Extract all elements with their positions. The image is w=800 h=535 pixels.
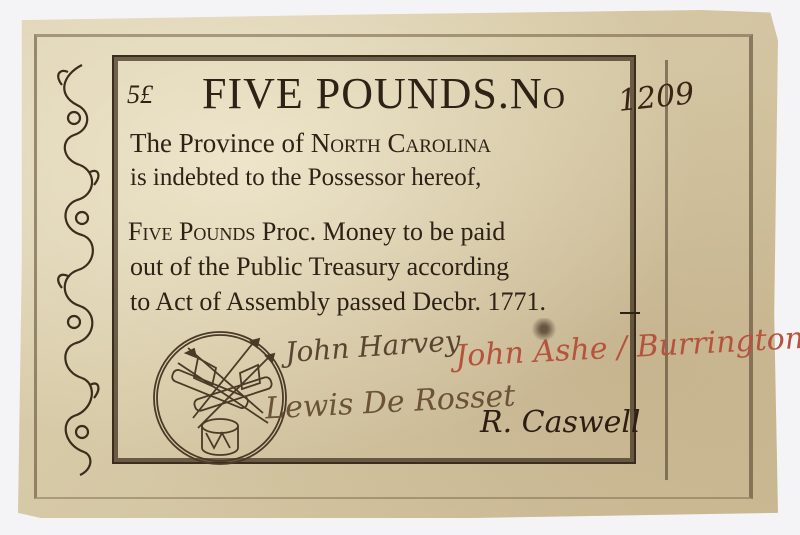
amount-text: Five Pounds (128, 217, 255, 246)
number-label: No (510, 69, 566, 118)
terminal-dash (620, 312, 640, 314)
province-name: North Carolina (311, 128, 491, 158)
body-line-3: Five Pounds Proc. Money to be paid (128, 217, 505, 247)
body-line-5: to Act of Assembly passed Decbr. 1771. (130, 287, 546, 317)
ink-blot (530, 318, 558, 340)
denomination-mark: 5£ (127, 80, 153, 110)
headline-text: FIVE POUNDS. (202, 69, 510, 118)
body-line-2: is indebted to the Possessor hereof, (130, 164, 481, 192)
headline: FIVE POUNDS.No (202, 68, 566, 119)
signature-caswell: R. Caswell (480, 405, 641, 440)
ornamental-scroll-icon (52, 60, 104, 480)
body-line-1: The Province of North Carolina (130, 128, 491, 159)
body-line-4: out of the Public Treasury according (130, 252, 509, 282)
payment-text: Proc. Money to be paid (255, 217, 505, 246)
right-border-line (665, 60, 668, 480)
province-text: The Province of (130, 128, 311, 158)
